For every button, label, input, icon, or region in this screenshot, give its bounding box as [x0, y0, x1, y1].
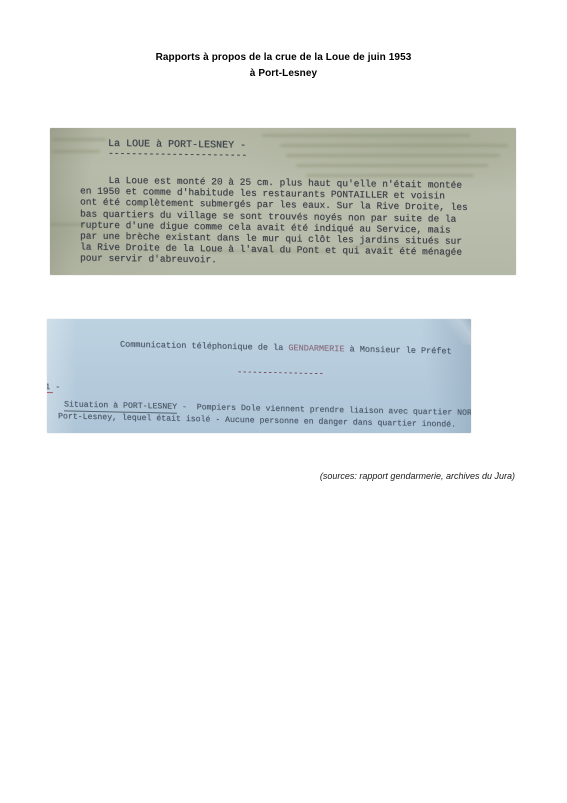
- note-heading-post: à Monsieur le Préfet: [344, 344, 451, 356]
- report-paragraph: La Loue est monté 20 à 25 cm. plus haut …: [80, 174, 468, 269]
- report-text-block: La LOUE à PORT-LESNEY - ----------------…: [50, 128, 516, 275]
- note-margin-marker-underline: [47, 392, 53, 393]
- page-title-line2: à Port-Lesney: [0, 66, 567, 82]
- sources-caption: (sources: rapport gendarmerie, archives …: [320, 471, 515, 481]
- note-heading-rule: -----------------: [237, 367, 324, 379]
- note-heading: Communication téléphonique de la GENDARM…: [120, 340, 452, 357]
- page-title-line1: Rapports à propos de la crue de la Loue …: [0, 50, 567, 66]
- scanned-document-gendarmerie-note: Communication téléphonique de la GENDARM…: [47, 319, 471, 433]
- report-heading-underline: ------------------------: [108, 148, 247, 161]
- note-heading-gendarmerie: GENDARMERIE: [288, 343, 344, 354]
- note-heading-pre: Communication téléphonique de la: [120, 340, 288, 354]
- note-text-block: Communication téléphonique de la GENDARM…: [47, 319, 471, 433]
- scanned-document-report: La LOUE à PORT-LESNEY - ----------------…: [50, 128, 516, 275]
- note-margin-marker: 1 -: [47, 382, 60, 392]
- document-page: Rapports à propos de la crue de la Loue …: [0, 0, 567, 803]
- page-title: Rapports à propos de la crue de la Loue …: [0, 50, 567, 82]
